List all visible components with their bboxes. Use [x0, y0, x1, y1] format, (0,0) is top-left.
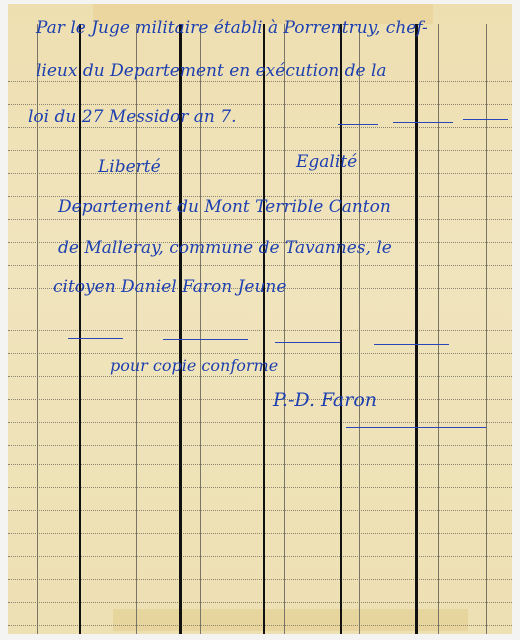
ruled-line — [8, 219, 512, 220]
filler-dash — [68, 338, 123, 339]
column-line — [415, 24, 418, 634]
column-line — [263, 24, 265, 634]
motto-liberte: Liberté — [98, 157, 161, 177]
ruled-line — [8, 127, 512, 128]
filler-dash — [338, 124, 378, 125]
ledger-paper: Par le Juge militaire établi à Porrentru… — [8, 4, 512, 634]
header-line-3: loi du 27 Messidor an 7. — [28, 107, 237, 127]
ruled-line — [8, 353, 512, 354]
ruled-line — [8, 399, 512, 400]
signature-underline — [346, 427, 486, 428]
ruled-line — [8, 579, 512, 580]
column-line — [438, 24, 439, 634]
ruled-line — [8, 533, 512, 534]
column-line — [486, 24, 487, 634]
ruled-line — [8, 445, 512, 446]
ruled-line — [8, 625, 512, 626]
filler-dash — [393, 122, 453, 123]
ruled-line — [8, 464, 512, 465]
ruled-line — [8, 104, 512, 105]
ruled-line — [8, 556, 512, 557]
column-line — [340, 24, 342, 634]
signature: P.-D. Faron — [273, 389, 377, 411]
filler-dash — [463, 119, 508, 120]
ruled-line — [8, 81, 512, 82]
ruled-line — [8, 487, 512, 488]
ruled-line — [8, 330, 512, 331]
filler-dash — [374, 344, 449, 345]
motto-egalite: Egalité — [296, 152, 357, 172]
filler-dash — [275, 342, 340, 343]
header-line-1: Par le Juge militaire établi à Porrentru… — [36, 18, 428, 38]
body-line-2: de Malleray, commune de Tavannes, le — [58, 238, 392, 258]
ruled-line — [8, 150, 512, 151]
body-line-3: citoyen Daniel Faron Jeune — [53, 277, 286, 297]
body-line-1: Departement du Mont Terrible Canton — [58, 197, 391, 217]
header-line-2: lieux du Departement en exécution de la — [36, 61, 387, 81]
closing-note: pour copie conforme — [110, 356, 278, 375]
ruled-line — [8, 265, 512, 266]
filler-dash — [163, 339, 248, 340]
ruled-line — [8, 602, 512, 603]
ruled-line — [8, 510, 512, 511]
ruled-line — [8, 376, 512, 377]
column-line — [359, 24, 360, 634]
ruled-line — [8, 173, 512, 174]
column-line — [284, 24, 285, 634]
ruled-line — [8, 422, 512, 423]
